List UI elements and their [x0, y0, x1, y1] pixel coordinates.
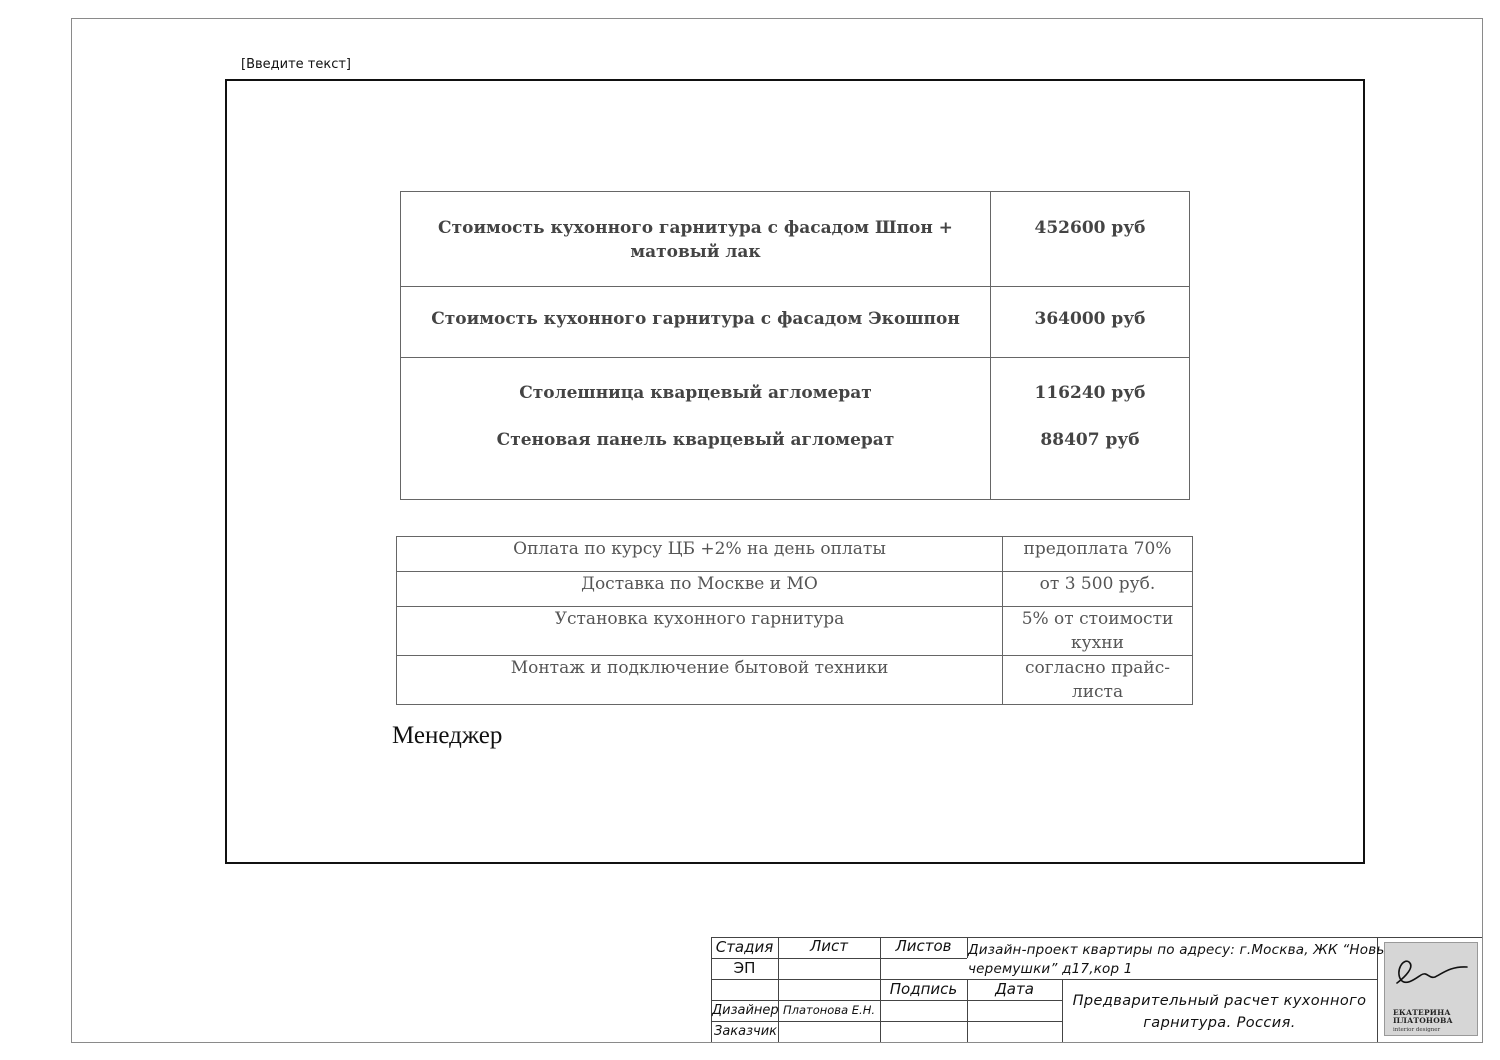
customer-label: Заказчик — [714, 1024, 778, 1039]
price-item: Столешница кварцевый агломерат — [519, 383, 872, 403]
price-table: Стоимость кухонного гарнитура с фасадом … — [400, 191, 1190, 500]
term-item: Монтаж и подключение бытовой техники — [397, 656, 1003, 705]
price-item: Стоимость кухонного гарнитура с фасадом … — [401, 192, 991, 287]
signature-monogram-icon — [1391, 953, 1471, 993]
term-item: Оплата по курсу ЦБ +2% на день оплаты — [397, 537, 1003, 572]
price-value: 116240 руб — [1035, 383, 1146, 403]
terms-table: Оплата по курсу ЦБ +2% на день оплаты пр… — [396, 536, 1193, 705]
signature-label: Подпись — [880, 980, 967, 998]
divider — [711, 1021, 1062, 1022]
table-row: Установка кухонного гарнитура 5% от стои… — [397, 607, 1193, 656]
price-value: 364000 руб — [991, 287, 1190, 358]
term-value: от 3 500 руб. — [1003, 572, 1193, 607]
project-address-line2: черемушки” д17,кор 1 — [968, 961, 1133, 977]
sheets-label: Листов — [880, 937, 967, 955]
manager-label: Менеджер — [392, 722, 502, 750]
stage-value: ЭП — [711, 959, 778, 977]
term-item: Доставка по Москве и МО — [397, 572, 1003, 607]
price-item-group: Столешница кварцевый агломерат Стеновая … — [401, 358, 991, 500]
term-value: 5% от стоимости кухни — [1003, 607, 1193, 656]
header-placeholder[interactable]: [Введите текст] — [241, 57, 351, 72]
term-value: согласно прайс-листа — [1003, 656, 1193, 705]
price-item: Стоимость кухонного гарнитура с фасадом … — [401, 287, 991, 358]
table-row: Доставка по Москве и МО от 3 500 руб. — [397, 572, 1193, 607]
table-row: Стоимость кухонного гарнитура с фасадом … — [401, 192, 1190, 287]
date-label: Дата — [967, 980, 1062, 998]
sheet-title-line2: гарнитура. Россия. — [1062, 1012, 1377, 1034]
price-item: Стеновая панель кварцевый агломерат — [407, 428, 984, 452]
term-value: предоплата 70% — [1003, 537, 1193, 572]
table-row: Оплата по курсу ЦБ +2% на день оплаты пр… — [397, 537, 1193, 572]
project-address-line1: Дизайн-проект квартиры по адресу: г.Моск… — [968, 942, 1396, 958]
sheet-title: Предварительный расчет кухонного гарниту… — [1062, 990, 1377, 1034]
table-row: Монтаж и подключение бытовой техники сог… — [397, 656, 1193, 705]
stage-label: Стадия — [711, 938, 778, 956]
price-value-group: 116240 руб 88407 руб — [991, 358, 1190, 500]
price-value: 88407 руб — [997, 428, 1183, 452]
sheet-title-line1: Предварительный расчет кухонного — [1062, 990, 1377, 1012]
table-row: Столешница кварцевый агломерат Стеновая … — [401, 358, 1190, 500]
designer-name: Платонова Е.Н. — [778, 1003, 880, 1017]
term-item: Установка кухонного гарнитура — [397, 607, 1003, 656]
designer-label: Дизайнер — [712, 1003, 778, 1018]
logo-name: ЕКАТЕРИНА ПЛАТОНОВА — [1393, 1009, 1453, 1025]
table-row: Стоимость кухонного гарнитура с фасадом … — [401, 287, 1190, 358]
logo-name-line2: ПЛАТОНОВА — [1393, 1017, 1453, 1025]
designer-logo: ЕКАТЕРИНА ПЛАТОНОВА interior designer — [1384, 942, 1478, 1036]
divider — [711, 1000, 1062, 1001]
logo-subtitle: interior designer — [1393, 1027, 1440, 1033]
price-value: 452600 руб — [991, 192, 1190, 287]
sheet-label: Лист — [778, 937, 880, 955]
